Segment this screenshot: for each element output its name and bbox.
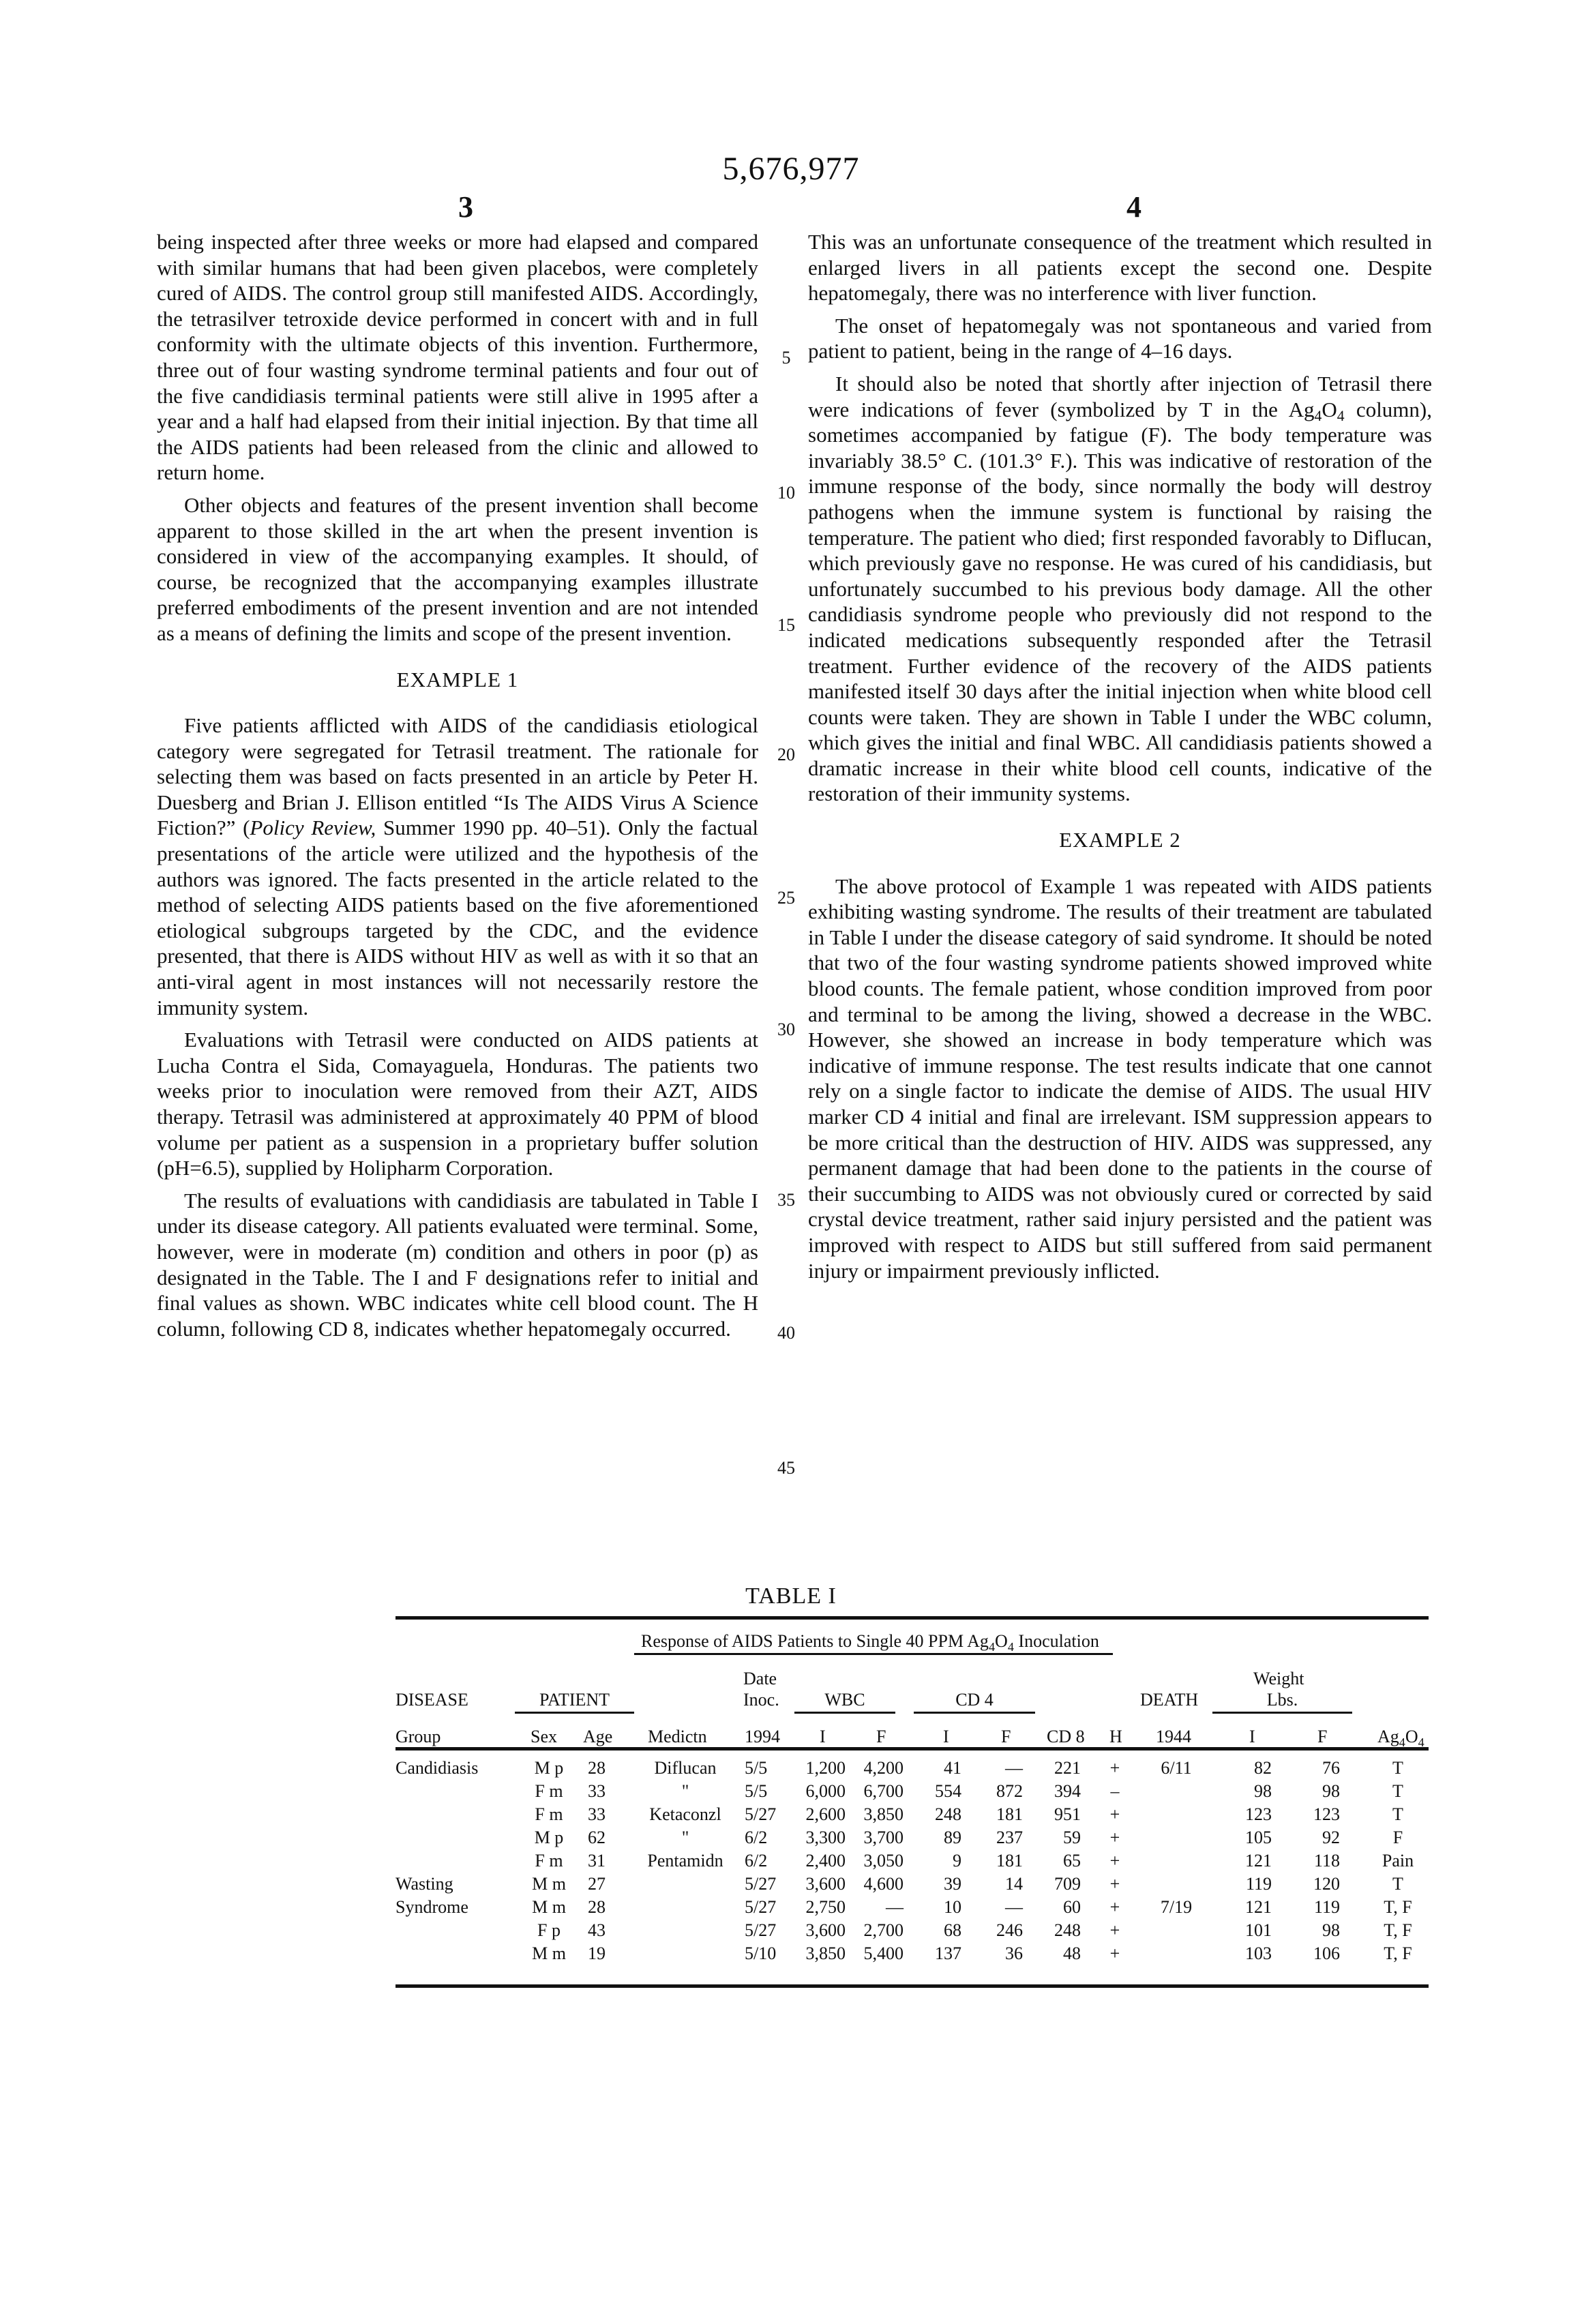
- cell-sex: F p: [525, 1920, 573, 1941]
- cell-cd8: 394: [1036, 1781, 1081, 1802]
- cell-sex: F m: [525, 1781, 573, 1802]
- cell-age: 62: [576, 1828, 617, 1848]
- text-span: Summer 1990 pp. 40–51). Only the factual…: [157, 816, 758, 1019]
- line-number: 20: [769, 745, 803, 765]
- cell-wbc-i: 3,850: [791, 1943, 846, 1964]
- cell-date: 5/27: [745, 1897, 786, 1918]
- subscript: 4: [989, 1640, 995, 1654]
- cell-cd4-i: 68: [921, 1920, 961, 1941]
- line-number: 15: [769, 615, 803, 636]
- cell-h: +: [1101, 1851, 1129, 1871]
- cell-date: 5/27: [745, 1920, 786, 1941]
- cell-ag4o4: F: [1371, 1828, 1425, 1848]
- cell-ag4o4: T, F: [1371, 1920, 1425, 1941]
- cell-weight-f: 98: [1296, 1920, 1340, 1941]
- subscript: 4: [1008, 1640, 1014, 1654]
- cell-date: 6/2: [745, 1851, 786, 1871]
- line-number: 30: [769, 1019, 803, 1040]
- cell-cd4-i: 41: [921, 1758, 961, 1778]
- header-date-line1: Date: [743, 1669, 777, 1689]
- cell-cd4-f: 14: [982, 1874, 1023, 1894]
- cell-cd4-f: 237: [982, 1828, 1023, 1848]
- cell-ag4o4: T: [1371, 1781, 1425, 1802]
- cell-medication: ": [634, 1828, 736, 1848]
- example-2-heading: EXAMPLE 2: [808, 827, 1432, 853]
- right-text-column: This was an unfortunate consequence of t…: [808, 229, 1432, 1283]
- header-date-line2: Inoc.: [743, 1690, 779, 1710]
- cell-wbc-f: 3,050: [849, 1851, 904, 1871]
- cell-date: 5/10: [745, 1943, 786, 1964]
- cell-cd4-f: 181: [982, 1804, 1023, 1825]
- text-span: O: [995, 1631, 1008, 1651]
- paragraph: Evaluations with Tetrasil were conducted…: [157, 1027, 758, 1181]
- header-disease: DISEASE: [395, 1690, 468, 1710]
- cell-wbc-f: 3,850: [849, 1804, 904, 1825]
- line-number: 45: [769, 1458, 803, 1478]
- subscript: 4: [1314, 408, 1322, 424]
- cell-age: 19: [576, 1943, 617, 1964]
- left-text-column: being inspected after three weeks or mor…: [157, 229, 758, 1341]
- table-header-rule: [395, 1747, 1429, 1751]
- table-bottom-rule: [395, 1984, 1429, 1988]
- col-weight-f: F: [1317, 1727, 1327, 1747]
- text-span: O: [1322, 398, 1337, 421]
- cell-sex: M m: [525, 1943, 573, 1964]
- cell-wbc-i: 2,600: [791, 1804, 846, 1825]
- cell-weight-f: 119: [1296, 1897, 1340, 1918]
- patent-number: 5,676,977: [0, 150, 1582, 188]
- cell-cd4-i: 39: [921, 1874, 961, 1894]
- cell-h: –: [1101, 1781, 1129, 1802]
- subscript: 4: [1337, 408, 1345, 424]
- cell-cd4-i: 137: [921, 1943, 961, 1964]
- col-age: Age: [583, 1727, 612, 1747]
- text-span: Ag: [1377, 1727, 1399, 1746]
- text-span: O: [1405, 1727, 1418, 1746]
- paragraph: Other objects and features of the presen…: [157, 492, 758, 646]
- text-span: Inoculation: [1014, 1631, 1099, 1651]
- cell-sex: M p: [525, 1828, 573, 1848]
- cell-weight-f: 106: [1296, 1943, 1340, 1964]
- cell-h: +: [1101, 1874, 1129, 1894]
- cell-sex: F m: [525, 1804, 573, 1825]
- text-span: column), sometimes accompanied by fatigu…: [808, 398, 1432, 806]
- cell-ag4o4: Pain: [1371, 1851, 1425, 1871]
- cell-cd8: 248: [1036, 1920, 1081, 1941]
- cell-ag4o4: T: [1371, 1758, 1425, 1778]
- paragraph: It should also be noted that shortly aft…: [808, 371, 1432, 807]
- cell-wbc-f: 4,600: [849, 1874, 904, 1894]
- header-patient: PATIENT: [515, 1690, 634, 1714]
- cell-h: +: [1101, 1920, 1129, 1941]
- cell-weight-i: 105: [1227, 1828, 1272, 1848]
- cell-weight-i: 119: [1227, 1874, 1272, 1894]
- cell-date: 5/5: [745, 1758, 786, 1778]
- cell-wbc-i: 3,600: [791, 1920, 846, 1941]
- cell-ag4o4: T, F: [1371, 1943, 1425, 1964]
- cell-cd8: 951: [1036, 1804, 1081, 1825]
- cell-weight-i: 123: [1227, 1804, 1272, 1825]
- cell-date: 5/27: [745, 1874, 786, 1894]
- cell-cd8: 59: [1036, 1828, 1081, 1848]
- paragraph: Five patients afflicted with AIDS of the…: [157, 713, 758, 1020]
- cell-cd8: 60: [1036, 1897, 1081, 1918]
- cell-h: +: [1101, 1758, 1129, 1778]
- cell-age: 28: [576, 1758, 617, 1778]
- cell-cd4-i: 89: [921, 1828, 961, 1848]
- paragraph: The above protocol of Example 1 was repe…: [808, 874, 1432, 1284]
- line-number: 25: [769, 888, 803, 908]
- paragraph: The onset of hepatomegaly was not sponta…: [808, 313, 1432, 364]
- paragraph: being inspected after three weeks or mor…: [157, 229, 758, 486]
- col-wbc-i: I: [820, 1727, 826, 1747]
- text-span: Response of AIDS Patients to Single 40 P…: [641, 1631, 989, 1651]
- header-cd4: CD 4: [914, 1690, 1035, 1714]
- cell-age: 27: [576, 1874, 617, 1894]
- cell-medication: Diflucan: [634, 1758, 736, 1778]
- right-column-number: 4: [1093, 190, 1175, 224]
- col-death-year: 1944: [1156, 1727, 1191, 1747]
- cell-wbc-f: —: [849, 1897, 904, 1918]
- cell-age: 43: [576, 1920, 617, 1941]
- cell-weight-f: 92: [1296, 1828, 1340, 1848]
- cell-wbc-i: 3,600: [791, 1874, 846, 1894]
- cell-weight-i: 103: [1227, 1943, 1272, 1964]
- paragraph: This was an unfortunate consequence of t…: [808, 229, 1432, 306]
- cell-age: 33: [576, 1804, 617, 1825]
- cell-cd4-f: 181: [982, 1851, 1023, 1871]
- cell-group: Syndrome: [395, 1897, 511, 1918]
- header-weight-line1: Weight: [1253, 1669, 1304, 1689]
- col-cd4-f: F: [1001, 1727, 1011, 1747]
- col-medication: Medictn: [648, 1727, 707, 1747]
- cell-group: Wasting: [395, 1874, 511, 1894]
- cell-weight-f: 76: [1296, 1758, 1340, 1778]
- cell-ag4o4: T: [1371, 1874, 1425, 1894]
- cell-death: 6/11: [1152, 1758, 1200, 1778]
- cell-h: +: [1101, 1828, 1129, 1848]
- col-weight-i: I: [1249, 1727, 1255, 1747]
- line-number: 35: [769, 1190, 803, 1210]
- cell-cd4-f: 872: [982, 1781, 1023, 1802]
- cell-h: +: [1101, 1897, 1129, 1918]
- cell-medication: Pentamidn: [634, 1851, 736, 1871]
- cell-ag4o4: T, F: [1371, 1897, 1425, 1918]
- cell-wbc-i: 2,750: [791, 1897, 846, 1918]
- cell-wbc-f: 4,200: [849, 1758, 904, 1778]
- col-cd8: CD 8: [1047, 1727, 1085, 1747]
- cell-cd4-f: —: [982, 1758, 1023, 1778]
- line-number: 5: [769, 348, 803, 368]
- cell-wbc-i: 6,000: [791, 1781, 846, 1802]
- cell-date: 5/27: [745, 1804, 786, 1825]
- col-group: Group: [395, 1727, 441, 1747]
- cell-cd8: 48: [1036, 1943, 1081, 1964]
- cell-cd4-f: —: [982, 1897, 1023, 1918]
- cell-cd4-i: 554: [921, 1781, 961, 1802]
- col-h: H: [1109, 1727, 1122, 1747]
- header-death: DEATH: [1140, 1690, 1198, 1710]
- cell-wbc-f: 5,400: [849, 1943, 904, 1964]
- cell-medication: Ketaconzl: [634, 1804, 736, 1825]
- cell-medication: ": [634, 1781, 736, 1802]
- cell-wbc-f: 2,700: [849, 1920, 904, 1941]
- cell-cd8: 709: [1036, 1874, 1081, 1894]
- cell-death: 7/19: [1152, 1897, 1200, 1918]
- paragraph: The results of evaluations with candidia…: [157, 1188, 758, 1342]
- table-subtitle: Response of AIDS Patients to Single 40 P…: [634, 1631, 1113, 1655]
- cell-age: 31: [576, 1851, 617, 1871]
- cell-cd4-i: 248: [921, 1804, 961, 1825]
- cell-wbc-f: 3,700: [849, 1828, 904, 1848]
- cell-date: 6/2: [745, 1828, 786, 1848]
- cell-age: 28: [576, 1897, 617, 1918]
- cell-weight-i: 98: [1227, 1781, 1272, 1802]
- header-wbc: WBC: [794, 1690, 895, 1714]
- cell-wbc-i: 3,300: [791, 1828, 846, 1848]
- cell-cd4-f: 246: [982, 1920, 1023, 1941]
- table-top-rule: [395, 1616, 1429, 1620]
- cell-weight-i: 101: [1227, 1920, 1272, 1941]
- line-number: 10: [769, 483, 803, 503]
- cell-sex: F m: [525, 1851, 573, 1871]
- cell-cd8: 221: [1036, 1758, 1081, 1778]
- left-column-number: 3: [425, 190, 507, 224]
- cell-wbc-f: 6,700: [849, 1781, 904, 1802]
- col-ag4o4: Ag4O4: [1377, 1727, 1424, 1747]
- journal-title: Policy Review,: [250, 816, 376, 839]
- cell-wbc-i: 1,200: [791, 1758, 846, 1778]
- line-number: 40: [769, 1323, 803, 1343]
- cell-date: 5/5: [745, 1781, 786, 1802]
- col-year: 1994: [745, 1727, 780, 1747]
- cell-weight-f: 118: [1296, 1851, 1340, 1871]
- cell-weight-f: 98: [1296, 1781, 1340, 1802]
- table-title: TABLE I: [0, 1583, 1582, 1609]
- cell-age: 33: [576, 1781, 617, 1802]
- header-weight-lbs: Lbs.: [1212, 1690, 1352, 1714]
- cell-h: +: [1101, 1943, 1129, 1964]
- cell-weight-i: 121: [1227, 1897, 1272, 1918]
- cell-cd8: 65: [1036, 1851, 1081, 1871]
- col-wbc-f: F: [876, 1727, 886, 1747]
- cell-weight-i: 82: [1227, 1758, 1272, 1778]
- cell-weight-f: 120: [1296, 1874, 1340, 1894]
- cell-cd4-f: 36: [982, 1943, 1023, 1964]
- cell-cd4-i: 9: [921, 1851, 961, 1871]
- cell-sex: M m: [525, 1874, 573, 1894]
- cell-wbc-i: 2,400: [791, 1851, 846, 1871]
- cell-weight-i: 121: [1227, 1851, 1272, 1871]
- example-1-heading: EXAMPLE 1: [157, 667, 758, 693]
- cell-weight-f: 123: [1296, 1804, 1340, 1825]
- col-cd4-i: I: [943, 1727, 949, 1747]
- cell-sex: M p: [525, 1758, 573, 1778]
- col-sex: Sex: [531, 1727, 557, 1747]
- cell-h: +: [1101, 1804, 1129, 1825]
- cell-group: Candidiasis: [395, 1758, 511, 1778]
- cell-cd4-i: 10: [921, 1897, 961, 1918]
- cell-sex: M m: [525, 1897, 573, 1918]
- cell-ag4o4: T: [1371, 1804, 1425, 1825]
